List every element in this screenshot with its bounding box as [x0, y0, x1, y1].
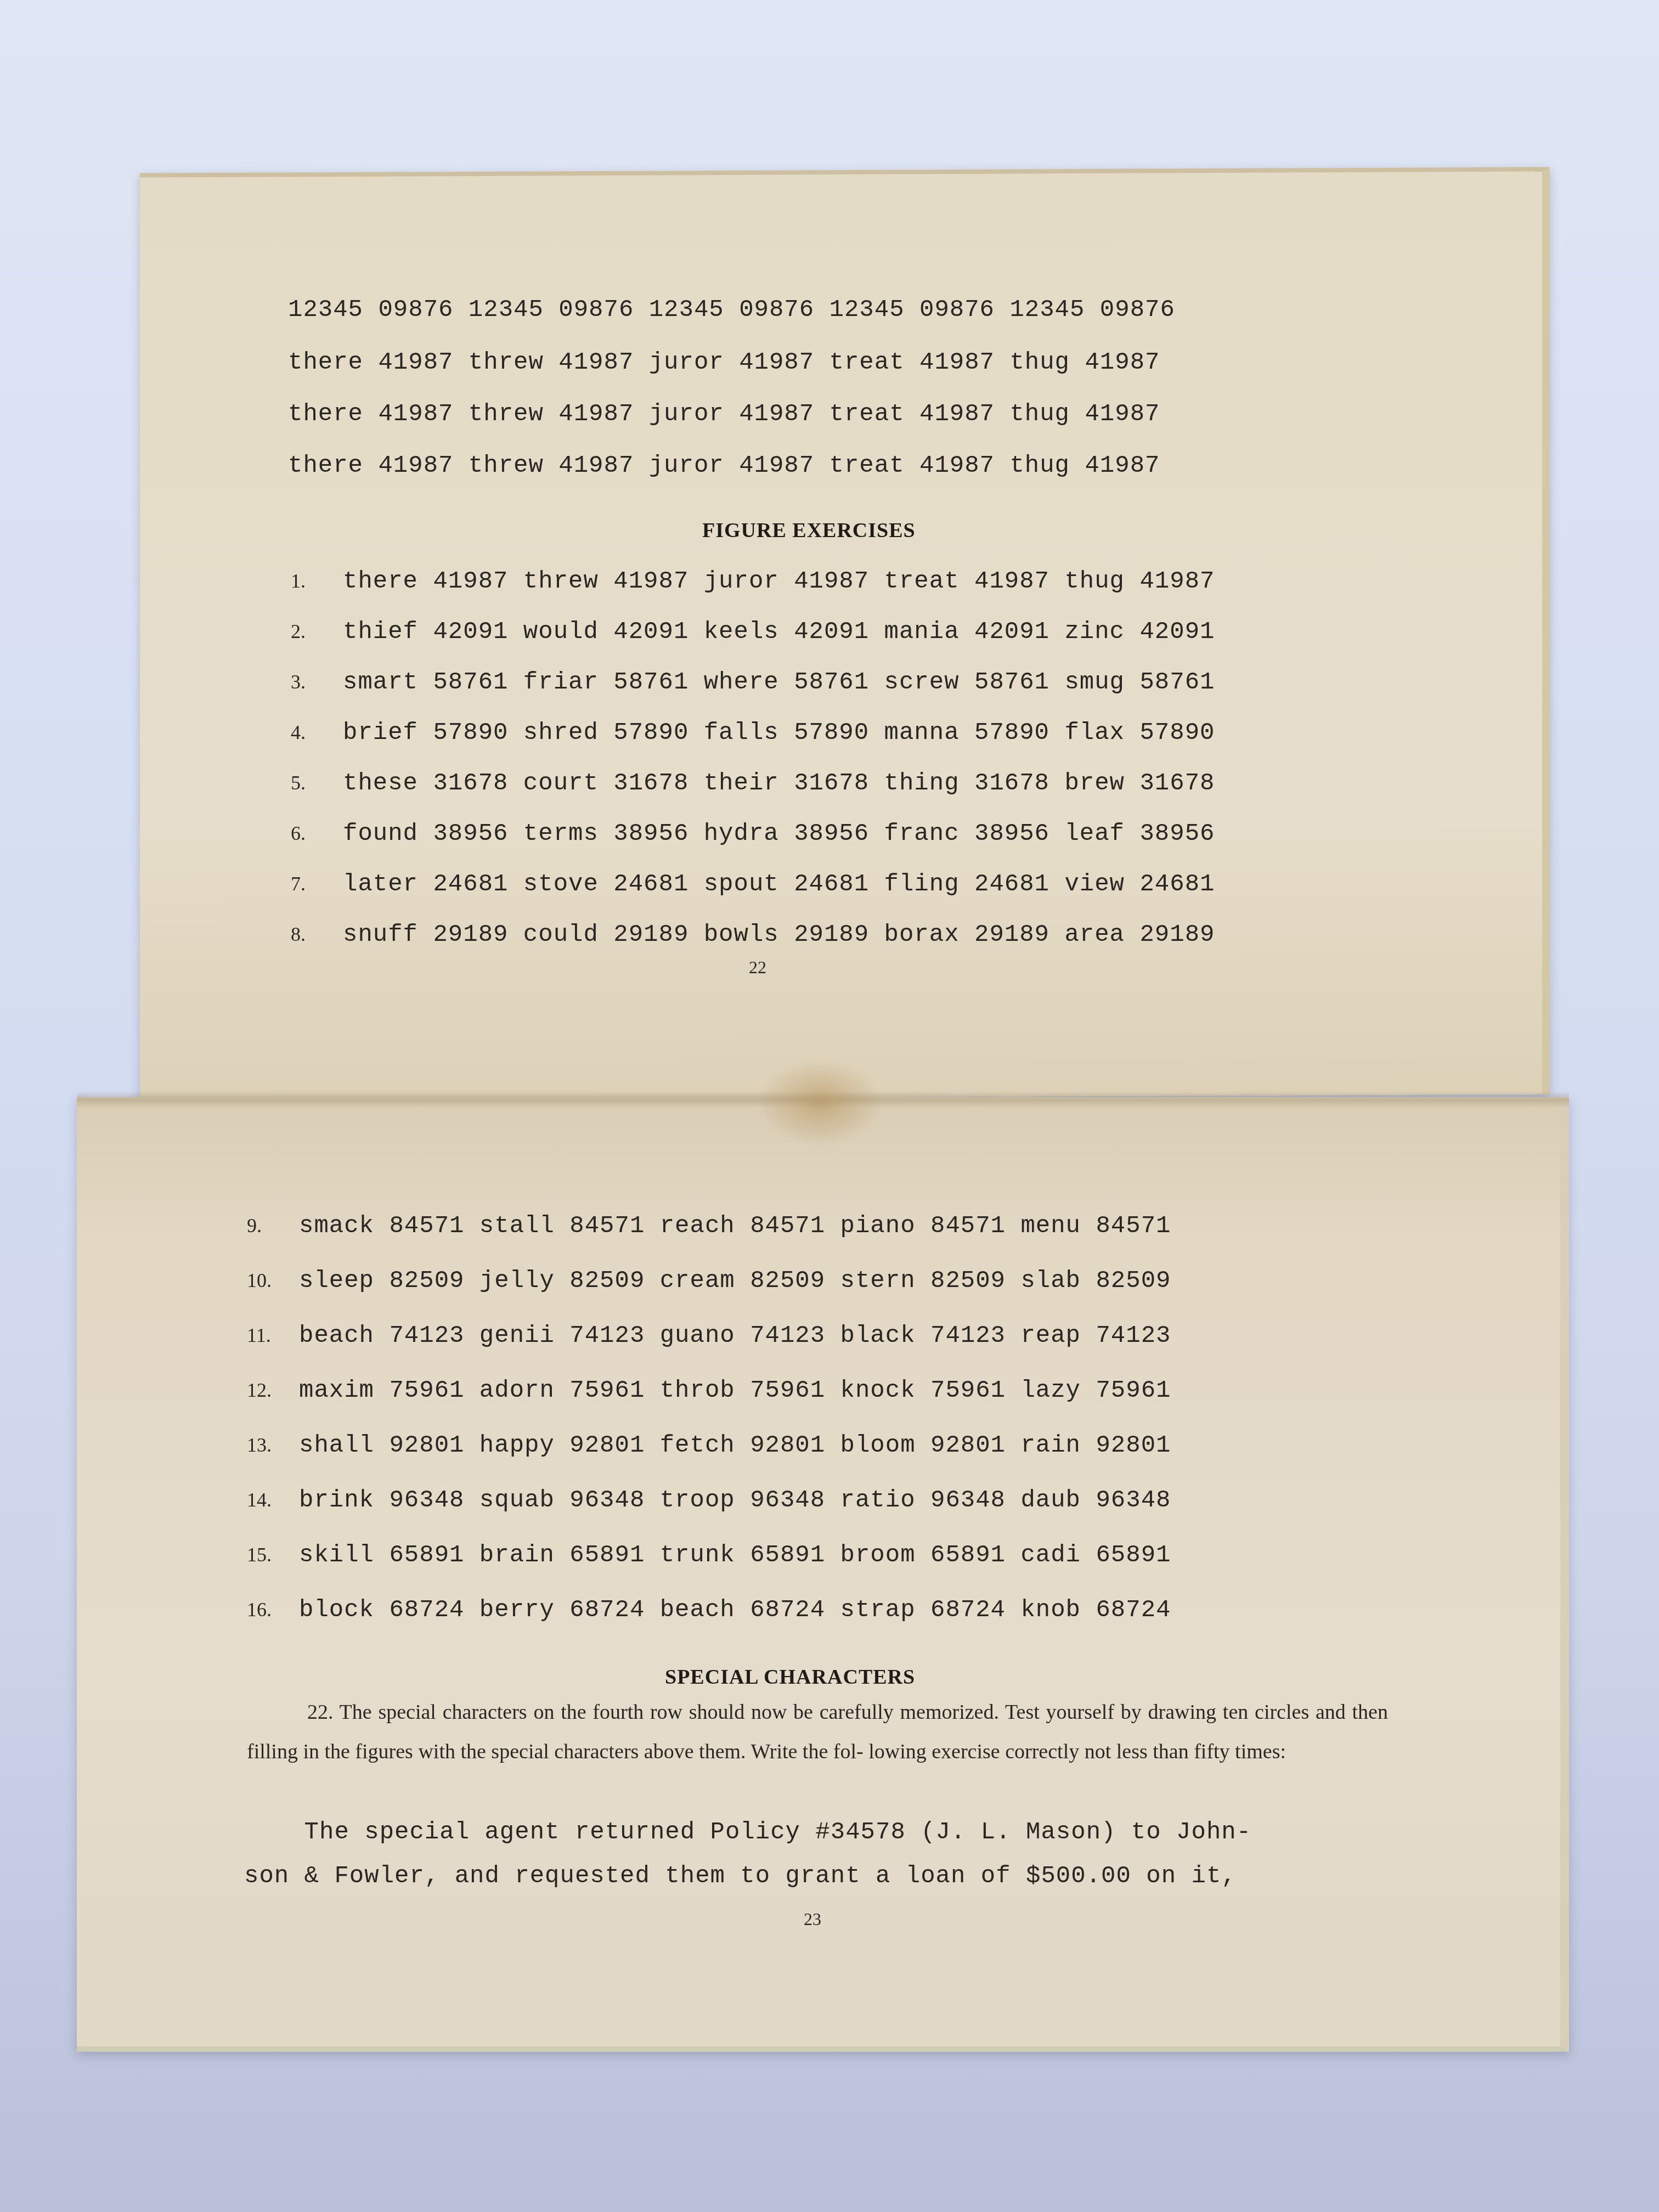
exercise-row: 8.snuff 29189 could 29189 bowls 29189 bo…: [291, 921, 1215, 949]
page-23: [77, 1097, 1569, 2052]
exercise-text: shall 92801 happy 92801 fetch 92801 bloo…: [299, 1432, 1171, 1459]
exercise-text: skill 65891 brain 65891 trunk 65891 broo…: [299, 1542, 1171, 1569]
exercise-text: snuff 29189 could 29189 bowls 29189 bora…: [343, 921, 1215, 949]
exercise-row: 5.these 31678 court 31678 their 31678 th…: [291, 770, 1215, 797]
exercise-text: later 24681 stove 24681 spout 24681 flin…: [343, 871, 1215, 898]
exercise-text: maxim 75961 adorn 75961 throb 75961 knoc…: [299, 1377, 1171, 1404]
exercise-number: 13.: [247, 1434, 299, 1457]
exercise-text: these 31678 court 31678 their 31678 thin…: [343, 770, 1215, 797]
exercise-text: found 38956 terms 38956 hydra 38956 fran…: [343, 820, 1215, 848]
drill-line: there 41987 threw 41987 juror 41987 trea…: [288, 452, 1160, 479]
exercise-text: block 68724 berry 68724 beach 68724 stra…: [299, 1596, 1171, 1624]
exercise-text: brink 96348 squab 96348 troop 96348 rati…: [299, 1487, 1171, 1514]
exercise-text: sleep 82509 jelly 82509 cream 82509 ster…: [299, 1267, 1171, 1295]
exercise-row: 14.brink 96348 squab 96348 troop 96348 r…: [247, 1487, 1171, 1514]
exercise-number: 9.: [247, 1214, 299, 1237]
exercise-row: 6.found 38956 terms 38956 hydra 38956 fr…: [291, 820, 1215, 848]
instruction-text: 22. The special characters on the fourth…: [247, 1701, 1388, 1763]
exercise-number: 1.: [291, 569, 343, 592]
page-number: 23: [804, 1909, 821, 1929]
exercise-text: there 41987 threw 41987 juror 41987 trea…: [343, 568, 1215, 595]
exercise-text: smack 84571 stall 84571 reach 84571 pian…: [299, 1212, 1171, 1240]
drill-line: there 41987 threw 41987 juror 41987 trea…: [288, 400, 1160, 428]
exercise-text: beach 74123 genii 74123 guano 74123 blac…: [299, 1322, 1171, 1350]
exercise-row: 9.smack 84571 stall 84571 reach 84571 pi…: [247, 1212, 1171, 1240]
exercise-number: 16.: [247, 1598, 299, 1621]
exercise-row: 3.smart 58761 friar 58761 where 58761 sc…: [291, 669, 1215, 696]
section-heading-figure-exercises: FIGURE EXERCISES: [702, 518, 916, 543]
exercise-row: 15.skill 65891 brain 65891 trunk 65891 b…: [247, 1542, 1171, 1569]
exercise-row: 13.shall 92801 happy 92801 fetch 92801 b…: [247, 1432, 1171, 1459]
exercise-row: 4.brief 57890 shred 57890 falls 57890 ma…: [291, 719, 1215, 747]
exercise-row: 7.later 24681 stove 24681 spout 24681 fl…: [291, 871, 1215, 898]
exercise-number: 2.: [291, 620, 343, 643]
page-number: 22: [749, 957, 766, 978]
exercise-row: 12.maxim 75961 adorn 75961 throb 75961 k…: [247, 1377, 1171, 1404]
exercise-number: 10.: [247, 1269, 299, 1292]
exercise-number: 7.: [291, 872, 343, 895]
exercise-number: 3.: [291, 670, 343, 693]
exercise-text: thief 42091 would 42091 keels 42091 mani…: [343, 618, 1215, 646]
exercise-text: brief 57890 shred 57890 falls 57890 mann…: [343, 719, 1215, 747]
exercise-number: 8.: [291, 923, 343, 946]
exercise-row: 11.beach 74123 genii 74123 guano 74123 b…: [247, 1322, 1171, 1350]
exercise-row: 2.thief 42091 would 42091 keels 42091 ma…: [291, 618, 1215, 646]
exercise-number: 14.: [247, 1488, 299, 1511]
drill-line: there 41987 threw 41987 juror 41987 trea…: [288, 349, 1160, 376]
exercise-number: 15.: [247, 1543, 299, 1566]
exercise-number: 12.: [247, 1379, 299, 1402]
drill-line: 12345 09876 12345 09876 12345 09876 1234…: [288, 296, 1175, 324]
section-heading-special-characters: SPECIAL CHARACTERS: [665, 1665, 915, 1689]
instruction-paragraph: 22. The special characters on the fourth…: [247, 1692, 1388, 1771]
exercise-number: 11.: [247, 1324, 299, 1347]
exercise-row: 16.block 68724 berry 68724 beach 68724 s…: [247, 1596, 1171, 1624]
exercise-number: 6.: [291, 822, 343, 845]
typed-exercise-line: son & Fowler, and requested them to gran…: [244, 1863, 1237, 1890]
exercise-number: 5.: [291, 771, 343, 794]
exercise-row: 1.there 41987 threw 41987 juror 41987 tr…: [291, 568, 1215, 595]
exercise-number: 4.: [291, 721, 343, 744]
exercise-row: 10.sleep 82509 jelly 82509 cream 82509 s…: [247, 1267, 1171, 1295]
exercise-text: smart 58761 friar 58761 where 58761 scre…: [343, 669, 1215, 696]
typed-exercise-line: The special agent returned Policy #34578…: [244, 1819, 1251, 1846]
